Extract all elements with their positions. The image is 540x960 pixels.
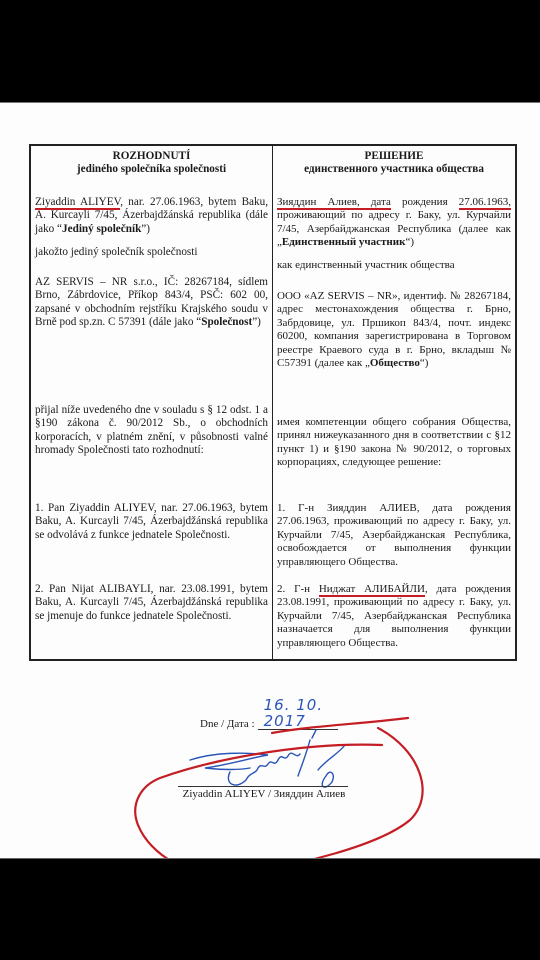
czech-heading: ROZHODNUTÍ jediného společníka společnos… [35,150,268,177]
russian-capacity: как единственный участник общества [277,259,511,272]
bottom-black-bar [0,858,540,960]
russian-preamble: имея компетенции общего собрания Обществ… [277,416,511,470]
russian-company-alias: Общество [370,357,420,369]
czech-company-alias: Společnost [201,316,252,328]
czech-decision-2: 2. Pan Nijat ALIBAYLI, nar. 23.08.1991, … [35,583,268,623]
czech-party-paragraph: Ziyaddin ALIYEV, nar. 27.06.1963, bytem … [35,196,268,236]
czech-capacity: jakožto jediný společník společnosti [35,246,268,259]
russian-column: РЕШЕНИЕ единственного участника общества… [273,146,515,659]
russian-company-paragraph: ООО «AZ SERVIS – NR», идентиф. № 2826718… [277,290,511,370]
russian-heading-subtitle: единственного участника общества [277,163,511,176]
russian-party-name: Зияддин Алиев, дата [277,196,391,210]
signature-line [178,786,348,787]
bilingual-decision-table: ROZHODNUTÍ jediného společníka společnos… [29,144,517,661]
russian-heading: РЕШЕНИЕ единственного участника общества [277,150,511,177]
russian-party-alias: Единственный участник [282,236,406,248]
russian-decision-2: 2. Г-н Ниджат АЛИБАЙЛИ, дата рождения 23… [277,583,511,650]
date-label: Dne / Дата : [200,718,255,730]
handwritten-date: 16. 10. 2017 [258,697,338,730]
czech-preamble: přijal níže uvedeného dne v souladu s § … [35,404,268,458]
czech-party-alias: Jediný společník [62,223,141,235]
signatory-name: Ziyaddin ALIYEV / Зияддин Алиев [178,788,350,800]
russian-appointee-name: Ниджат АЛИБАЙЛИ [319,583,425,597]
russian-decision-1: 1. Г-н Зияддин АЛИЕВ, дата рождения 27.0… [277,502,511,569]
czech-heading-title: ROZHODNUTÍ [35,150,268,163]
date-field: Dne / Дата : 16. 10. 2017 [200,697,338,730]
czech-party-name: Ziyaddin ALIYEV [35,196,120,210]
top-black-bar [0,0,540,102]
russian-heading-title: РЕШЕНИЕ [277,150,511,163]
czech-decision-1: 1. Pan Ziyaddin ALIYEV, nar. 27.06.1963,… [35,502,268,542]
russian-party-paragraph: Зияддин Алиев, дата рождения 27.06.1963,… [277,196,511,250]
czech-column: ROZHODNUTÍ jediného společníka společnos… [31,146,273,659]
czech-heading-subtitle: jediného společníka společnosti [35,163,268,176]
czech-company-paragraph: AZ SERVIS – NR s.r.o., IČ: 28267184, síd… [35,276,268,330]
russian-party-dob: 27.06.1963, [459,196,511,210]
